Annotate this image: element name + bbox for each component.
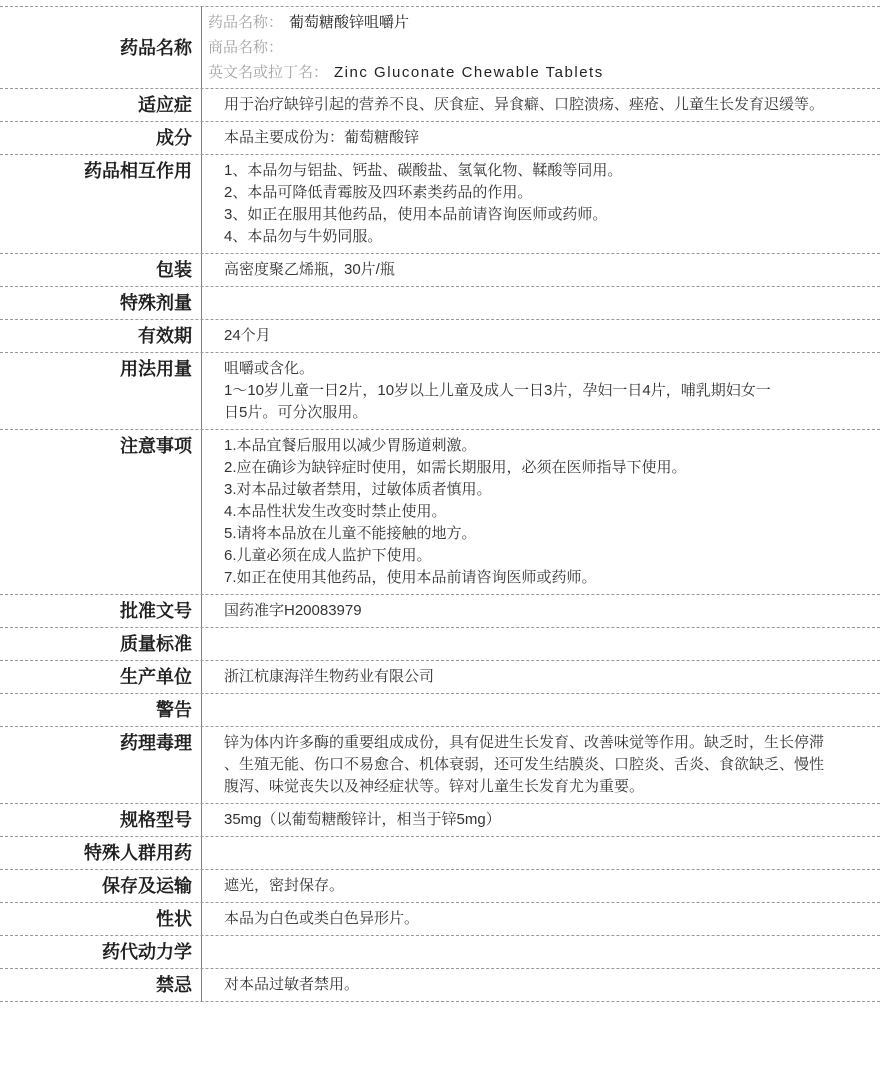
- content-line: 5.请将本品放在儿童不能接触的地方。: [224, 523, 866, 545]
- row-label: 质量标准: [0, 628, 201, 660]
- field-value: [283, 39, 289, 56]
- content-line: 6.儿童必须在成人监护下使用。: [224, 545, 866, 567]
- table-row: 注意事项 1.本品宜餐后服用以减少胃肠道刺激。2.应在确诊为缺锌症时使用，如需长…: [0, 430, 880, 595]
- content-line: 24个月: [224, 325, 866, 347]
- field-label: 药品名称：: [208, 14, 283, 31]
- content-line: 遮光，密封保存。: [224, 875, 866, 897]
- row-label: 有效期: [0, 320, 201, 352]
- row-label: 性状: [0, 903, 201, 935]
- content-line: 对本品过敏者禁用。: [224, 974, 866, 996]
- row-label: 适应症: [0, 89, 201, 121]
- content-line: 、生殖无能、伤口不易愈合、机体衰弱，还可发生结膜炎、口腔炎、舌炎、食欲缺乏、慢性: [224, 754, 866, 776]
- content-line: 腹泻、味觉丧失以及神经症状等。锌对儿童生长发育尤为重要。: [224, 776, 866, 798]
- content-line: 1.本品宜餐后服用以减少胃肠道刺激。: [224, 435, 866, 457]
- table-row: 警告: [0, 694, 880, 727]
- table-row: 药品相互作用 1、本品勿与铝盐、钙盐、碳酸盐、氢氧化物、鞣酸等同用。2、本品可降…: [0, 155, 880, 254]
- row-label: 成分: [0, 122, 201, 154]
- content-line: 1～10岁儿童一日2片，10岁以上儿童及成人一日3片，孕妇一日4片，哺乳期妇女一: [224, 380, 866, 402]
- row-label: 生产单位: [0, 661, 201, 693]
- row-content: 国药准字H20083979: [201, 595, 880, 627]
- row-label: 保存及运输: [0, 870, 201, 902]
- content-line: 本品为白色或类白色异形片。: [224, 908, 866, 930]
- table-row: 药理毒理 锌为体内许多酶的重要组成成份，具有促进生长发育、改善味觉等作用。缺乏时…: [0, 727, 880, 804]
- row-content: 本品主要成份为：葡萄糖酸锌: [201, 122, 880, 154]
- row-content: [201, 694, 880, 726]
- table-row: 批准文号 国药准字H20083979: [0, 595, 880, 628]
- row-content: 高密度聚乙烯瓶，30片/瓶: [201, 254, 880, 286]
- row-content: [201, 628, 880, 660]
- table-row: 质量标准: [0, 628, 880, 661]
- row-content: 1.本品宜餐后服用以减少胃肠道刺激。2.应在确诊为缺锌症时使用，如需长期服用，必…: [201, 430, 880, 594]
- table-row: 生产单位 浙江杭康海洋生物药业有限公司: [0, 661, 880, 694]
- table-row: 成分 本品主要成份为：葡萄糖酸锌: [0, 122, 880, 155]
- content-line: 咀嚼或含化。: [224, 358, 866, 380]
- row-label: 药代动力学: [0, 936, 201, 968]
- name-field: 英文名或拉丁名：Zinc Gluconate Chewable Tablets: [208, 60, 866, 85]
- row-content: 咀嚼或含化。1～10岁儿童一日2片，10岁以上儿童及成人一日3片，孕妇一日4片，…: [201, 353, 880, 429]
- content-line: 浙江杭康海洋生物药业有限公司: [224, 666, 866, 688]
- field-value: 葡萄糖酸锌咀嚼片: [283, 14, 409, 31]
- row-label: 警告: [0, 694, 201, 726]
- table-row: 用法用量 咀嚼或含化。1～10岁儿童一日2片，10岁以上儿童及成人一日3片，孕妇…: [0, 353, 880, 430]
- content-line: 2、本品可降低青霉胺及四环素类药品的作用。: [224, 182, 866, 204]
- content-line: 3.对本品过敏者禁用，过敏体质者慎用。: [224, 479, 866, 501]
- content-line: 用于治疗缺锌引起的营养不良、厌食症、异食癖、口腔溃疡、痤疮、儿童生长发育迟缓等。: [224, 94, 866, 116]
- content-line: 日5片。可分次服用。: [224, 402, 866, 424]
- row-content: 本品为白色或类白色异形片。: [201, 903, 880, 935]
- field-label: 商品名称：: [208, 39, 283, 56]
- content-line: 4、本品勿与牛奶同服。: [224, 226, 866, 248]
- table-row: 规格型号 35mg（以葡萄糖酸锌计，相当于锌5mg）: [0, 804, 880, 837]
- content-line: 35mg（以葡萄糖酸锌计，相当于锌5mg）: [224, 809, 866, 831]
- table-row: 药代动力学: [0, 936, 880, 969]
- field-label: 英文名或拉丁名：: [208, 64, 328, 81]
- row-content: [201, 936, 880, 968]
- row-content: 对本品过敏者禁用。: [201, 969, 880, 1001]
- drug-info-table: 药品名称 药品名称：葡萄糖酸锌咀嚼片商品名称：英文名或拉丁名：Zinc Gluc…: [0, 6, 880, 1002]
- row-content: 药品名称：葡萄糖酸锌咀嚼片商品名称：英文名或拉丁名：Zinc Gluconate…: [201, 7, 880, 88]
- row-label: 批准文号: [0, 595, 201, 627]
- row-label: 特殊剂量: [0, 287, 201, 319]
- table-row: 药品名称 药品名称：葡萄糖酸锌咀嚼片商品名称：英文名或拉丁名：Zinc Gluc…: [0, 7, 880, 89]
- table-row: 适应症 用于治疗缺锌引起的营养不良、厌食症、异食癖、口腔溃疡、痤疮、儿童生长发育…: [0, 89, 880, 122]
- row-label: 包装: [0, 254, 201, 286]
- row-label: 用法用量: [0, 353, 201, 429]
- name-field: 商品名称：: [208, 35, 866, 60]
- content-line: 4.本品性状发生改变时禁止使用。: [224, 501, 866, 523]
- content-line: 锌为体内许多酶的重要组成成份，具有促进生长发育、改善味觉等作用。缺乏时，生长停滞: [224, 732, 866, 754]
- row-content: 1、本品勿与铝盐、钙盐、碳酸盐、氢氧化物、鞣酸等同用。2、本品可降低青霉胺及四环…: [201, 155, 880, 253]
- content-line: 本品主要成份为：葡萄糖酸锌: [224, 127, 866, 149]
- row-label: 注意事项: [0, 430, 201, 594]
- field-value: Zinc Gluconate Chewable Tablets: [328, 64, 604, 81]
- row-label: 禁忌: [0, 969, 201, 1001]
- row-label: 特殊人群用药: [0, 837, 201, 869]
- table-row: 保存及运输 遮光，密封保存。: [0, 870, 880, 903]
- content-line: 7.如正在使用其他药品，使用本品前请咨询医师或药师。: [224, 567, 866, 589]
- table-row: 性状 本品为白色或类白色异形片。: [0, 903, 880, 936]
- page: 药品名称 药品名称：葡萄糖酸锌咀嚼片商品名称：英文名或拉丁名：Zinc Gluc…: [0, 0, 880, 1080]
- content-line: 高密度聚乙烯瓶，30片/瓶: [224, 259, 866, 281]
- row-content: [201, 287, 880, 319]
- table-row: 特殊剂量: [0, 287, 880, 320]
- content-line: 1、本品勿与铝盐、钙盐、碳酸盐、氢氧化物、鞣酸等同用。: [224, 160, 866, 182]
- row-label: 规格型号: [0, 804, 201, 836]
- row-content: [201, 837, 880, 869]
- row-content: 遮光，密封保存。: [201, 870, 880, 902]
- table-row: 包装 高密度聚乙烯瓶，30片/瓶: [0, 254, 880, 287]
- row-content: 24个月: [201, 320, 880, 352]
- row-content: 锌为体内许多酶的重要组成成份，具有促进生长发育、改善味觉等作用。缺乏时，生长停滞…: [201, 727, 880, 803]
- row-label: 药理毒理: [0, 727, 201, 803]
- row-label: 药品名称: [0, 37, 201, 59]
- table-row: 特殊人群用药: [0, 837, 880, 870]
- table-row: 禁忌 对本品过敏者禁用。: [0, 969, 880, 1002]
- row-content: 浙江杭康海洋生物药业有限公司: [201, 661, 880, 693]
- row-label: 药品相互作用: [0, 155, 201, 253]
- content-line: 2.应在确诊为缺锌症时使用，如需长期服用，必须在医师指导下使用。: [224, 457, 866, 479]
- name-field: 药品名称：葡萄糖酸锌咀嚼片: [208, 10, 866, 35]
- row-content: 用于治疗缺锌引起的营养不良、厌食症、异食癖、口腔溃疡、痤疮、儿童生长发育迟缓等。: [201, 89, 880, 121]
- row-content: 35mg（以葡萄糖酸锌计，相当于锌5mg）: [201, 804, 880, 836]
- table-row: 有效期 24个月: [0, 320, 880, 353]
- content-line: 3、如正在服用其他药品，使用本品前请咨询医师或药师。: [224, 204, 866, 226]
- content-line: 国药准字H20083979: [224, 600, 866, 622]
